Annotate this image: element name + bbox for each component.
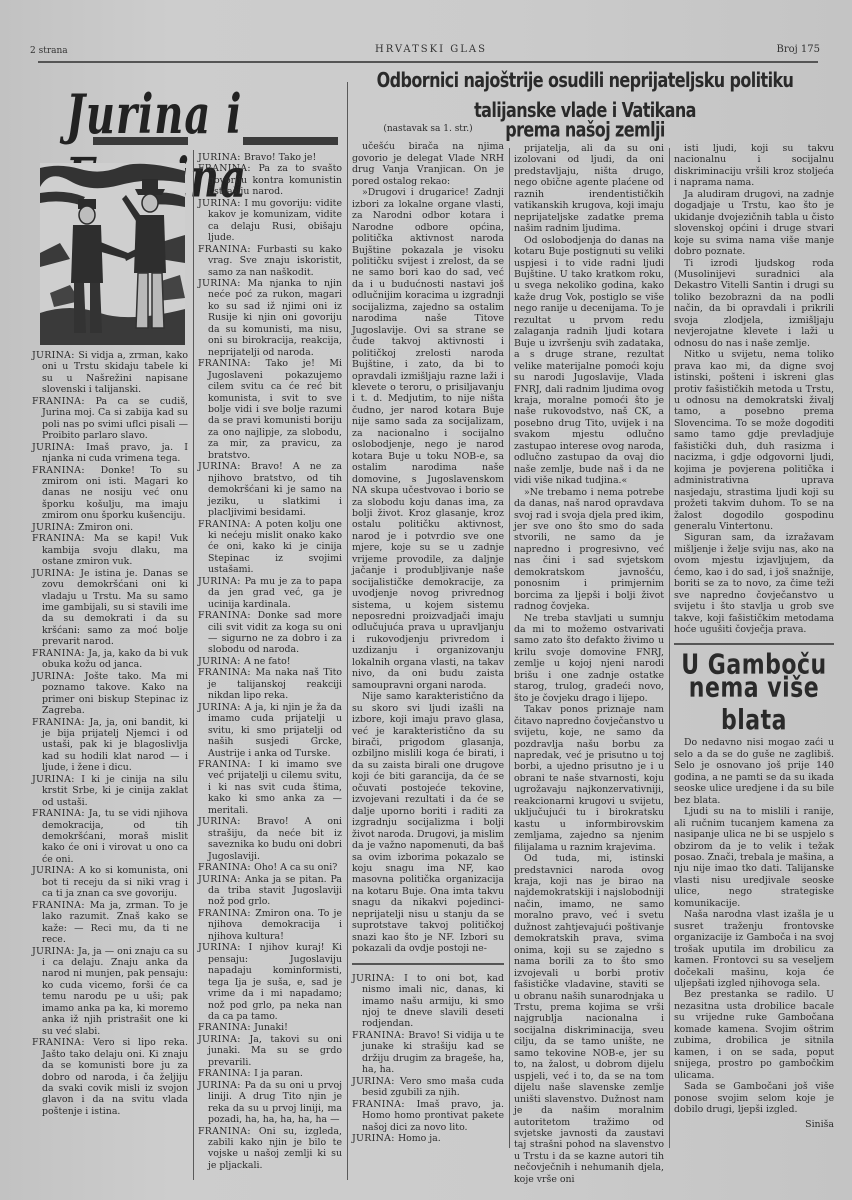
paragraph: Do nedavno nisi mogao zaći u selo a da s… bbox=[674, 737, 834, 806]
speaker-name: JURINA: bbox=[198, 461, 251, 472]
dialogue-text: Junaki! bbox=[254, 1022, 288, 1033]
speaker-name: JURINA: bbox=[32, 350, 78, 361]
speaker-name: FRANINA: bbox=[32, 1037, 93, 1048]
speaker-name: JURINA: bbox=[198, 1080, 245, 1091]
dialogue-line: JURINA: Homo ja. bbox=[352, 1133, 504, 1144]
dialogue-line: JURINA: A ja, ki njin je ža da imamo cud… bbox=[198, 702, 342, 759]
speaker-name: FRANINA: bbox=[32, 533, 94, 544]
paragraph: Ti izrodi ljudskog roda (Musolinijevi su… bbox=[674, 258, 834, 350]
speaker-name: FRANINA: bbox=[32, 900, 90, 911]
speaker-name: JURINA: bbox=[198, 1034, 250, 1045]
paragraph: Nije samo karakteristično da su skoro sv… bbox=[352, 691, 504, 954]
comic-column-2: JURINA: Bravo! Tako je!FRANINA: Pa za to… bbox=[198, 152, 342, 1171]
paragraph: Sada se Gambočani još više ponose svojim… bbox=[674, 1081, 834, 1115]
speaker-name: FRANINA: bbox=[198, 908, 255, 919]
dialogue-text: Tako je! Mi Jugoslaveni pokazujemo cilem… bbox=[208, 358, 342, 461]
speaker-name: JURINA: bbox=[32, 946, 78, 957]
speaker-name: JURINA: bbox=[198, 198, 244, 209]
dialogue-line: FRANINA: Furbasti su kako vrag. Sve znaj… bbox=[198, 244, 342, 278]
speaker-name: JURINA: bbox=[198, 942, 248, 953]
column-rule bbox=[193, 150, 194, 1180]
dialogue-line: JURINA: Ja, takovi su oni junaki. Ma su … bbox=[198, 1034, 342, 1068]
speaker-name: FRANINA: bbox=[32, 717, 90, 728]
section-divider bbox=[352, 963, 504, 965]
speaker-name: JURINA: bbox=[198, 278, 248, 289]
dialogue-text: Bravo! Tako je! bbox=[244, 152, 316, 163]
speaker-name: JURINA: bbox=[32, 671, 85, 682]
woodcut-illustration bbox=[40, 163, 185, 345]
dialogue-line: FRANINA: Junaki! bbox=[198, 1022, 342, 1033]
dialogue-line: JURINA: I ki je cinija na silu krstit Sr… bbox=[32, 774, 188, 808]
dialogue-line: FRANINA: Ma naka naš Tito je talijanskoj… bbox=[198, 667, 342, 701]
column-rule bbox=[509, 148, 510, 1148]
paragraph: Ja aludiram drugovi, na zadnje dogadjaje… bbox=[674, 189, 834, 258]
speaker-name: FRANINA: bbox=[198, 667, 256, 678]
speaker-name: FRANINA: bbox=[32, 465, 101, 476]
paragraph: Nitko u svijetu, nema toliko prava kao m… bbox=[674, 349, 834, 532]
speaker-name: FRANINA: bbox=[198, 163, 258, 174]
dialogue-text: I ja paran. bbox=[254, 1068, 303, 1079]
speaker-name: FRANINA: bbox=[32, 396, 96, 407]
speaker-name: JURINA: bbox=[198, 874, 245, 885]
paragraph: isti ljudi, koji su takvu nacionalnu i s… bbox=[674, 143, 834, 189]
comic-banner: Jurina i Franina bbox=[38, 75, 338, 145]
speaker-name: FRANINA: bbox=[198, 759, 259, 770]
author-signature: Siniša bbox=[674, 1119, 834, 1130]
speaker-name: JURINA: bbox=[352, 1076, 400, 1087]
dialogue-text: Zmiron oni. bbox=[78, 522, 133, 533]
paragraph: Takav ponos priznaje nam čitavo napredno… bbox=[514, 704, 664, 853]
dialogue-line: JURINA: Ma njanka to njin neće poć za ru… bbox=[198, 278, 342, 358]
dialogue-line: JURINA: Si vidja a, zrman, kako oni u Tr… bbox=[32, 350, 188, 396]
dialogue-line: FRANINA: Vero si lipo reka. Jašto tako d… bbox=[32, 1037, 188, 1117]
speaker-name: JURINA: bbox=[32, 774, 81, 785]
dialogue-line: JURINA: Imaš pravo, ja. I njanka ni cuda… bbox=[32, 442, 188, 465]
title-underline-right bbox=[243, 137, 338, 145]
speaker-name: JURINA: bbox=[198, 816, 257, 827]
dialogue-text: Je istina je. Danas se zovu demokršćani … bbox=[42, 568, 188, 648]
dialogue-line: FRANINA: Oni su, izgleda, zabili kako nj… bbox=[198, 1126, 342, 1172]
speaker-name: FRANINA: bbox=[198, 862, 254, 873]
speaker-name: FRANINA: bbox=[198, 519, 255, 530]
newspaper-name: HRVATSKI GLAS bbox=[375, 44, 487, 55]
paragraph: »Drugovi i drugarice! Zadnji izbori za l… bbox=[352, 187, 504, 691]
dialogue-line: FRANINA: I ja paran. bbox=[198, 1068, 342, 1079]
dialogue-text: Homo ja. bbox=[398, 1133, 441, 1144]
dialogue-line: FRANINA: I ki imamo sve već prijatelji u… bbox=[198, 759, 342, 816]
speaker-name: JURINA: bbox=[32, 442, 86, 453]
dialogue-line: JURINA: A ne fato! bbox=[198, 656, 342, 667]
header-rule bbox=[38, 61, 818, 63]
dialogue-text: Vero si lipo reka. Jašto tako delaju oni… bbox=[42, 1037, 188, 1117]
dialogue-line: JURINA: Anka ja se pitan. Pa da triba st… bbox=[198, 874, 342, 908]
dialogue-text: Ja, ja — oni znaju ca su i ca delaju. Zn… bbox=[42, 946, 188, 1037]
page-header: 2 strana HRVATSKI GLAS Broj 175 bbox=[30, 42, 820, 58]
speaker-name: JURINA: bbox=[352, 1133, 398, 1144]
dialogue-text: Oho! A ca su oni? bbox=[254, 862, 337, 873]
speaker-name: JURINA: bbox=[198, 576, 245, 587]
dialogue-line: JURINA: Zmiron oni. bbox=[32, 522, 188, 533]
side-headline-line-2: nema više blata bbox=[674, 673, 834, 738]
dialogue-line: JURINA: Pa da su oni u prvoj liniji. A d… bbox=[198, 1080, 342, 1126]
speaker-name: FRANINA: bbox=[198, 358, 266, 369]
page-number: 2 strana bbox=[30, 46, 68, 56]
dialogue-line: FRANINA: Ja, ja, kako da bi vuk obuka ko… bbox=[32, 648, 188, 671]
newspaper-page: 2 strana HRVATSKI GLAS Broj 175 Jurina i… bbox=[0, 0, 852, 1200]
dialogue-line: JURINA: I njihov kuraj! Ki pensaju: Jugo… bbox=[198, 942, 342, 1022]
dialogue-line: JURINA: Bravo! A ne za njihovo bratstvo,… bbox=[198, 461, 342, 518]
article-column-2: prijatelja, ali da su oni izolovani od l… bbox=[514, 143, 664, 1185]
dialogue-line: FRANINA: Pa ca se cudiš, Jurina moj. Ca … bbox=[32, 396, 188, 442]
dialogue-line: FRANINA: Tako je! Mi Jugoslaveni pokazuj… bbox=[198, 358, 342, 461]
paragraph: Siguran sam, da izražavam mišljenje i že… bbox=[674, 532, 834, 635]
two-men-talking-icon bbox=[40, 163, 185, 345]
speaker-name: FRANINA: bbox=[32, 648, 88, 659]
article-column-1: (nastavak sa 1. str.) učešću birača na n… bbox=[352, 124, 504, 1144]
speaker-name: FRANINA: bbox=[198, 1126, 259, 1137]
dialogue-line: JURINA: Je istina je. Danas se zovu demo… bbox=[32, 568, 188, 648]
dialogue-line: FRANINA: Pa za to svašto govoriju kontra… bbox=[198, 163, 342, 197]
paragraph: prijatelja, ali da su oni izolovani od l… bbox=[514, 143, 664, 235]
issue-number: Broj 175 bbox=[776, 44, 820, 55]
paragraph: Bez prestanka se radilo. U nezasitna ust… bbox=[674, 989, 834, 1081]
speaker-name: JURINA: bbox=[32, 568, 80, 579]
dialogue-line: FRANINA: Ma ja, zrman. To je lako razumi… bbox=[32, 900, 188, 946]
article-column-3: isti ljudi, koji su takvu nacionalnu i s… bbox=[674, 143, 834, 1131]
speaker-name: JURINA: bbox=[352, 973, 404, 984]
speaker-name: FRANINA: bbox=[32, 808, 89, 819]
dialogue-line: JURINA: Vero smo maša cuda besid zgubili… bbox=[352, 1076, 504, 1099]
dialogue-line: FRANINA: A poten kolju one ki nećeju mis… bbox=[198, 519, 342, 576]
dialogue-line: FRANINA: Ma se kapi! Vuk kambija svoju d… bbox=[32, 533, 188, 567]
dialogue-line: FRANINA: Donke! To su zmirom oni isti. M… bbox=[32, 465, 188, 522]
column-rule bbox=[669, 148, 670, 1148]
speaker-name: JURINA: bbox=[198, 702, 245, 713]
paragraph: Naša narodna vlast izašla je u susret tr… bbox=[674, 909, 834, 989]
dialogue-line: FRANINA: Ja, tu se vidi njihova demokrac… bbox=[32, 808, 188, 865]
dialogue-line: FRANINA: Zmiron ona. To je njihova demok… bbox=[198, 908, 342, 942]
dialogue-text: Ma njanka to njin neće poć za rukon, mag… bbox=[208, 278, 342, 358]
speaker-name: FRANINA: bbox=[352, 1030, 408, 1041]
dialogue-line: JURINA: I mu govoriju: vidite kakov je k… bbox=[198, 198, 342, 244]
paragraph: Od oslobodjenja do danas na kotaru Buje … bbox=[514, 235, 664, 487]
dialogue-line: JURINA: I to oni bot, kad nismo imali ni… bbox=[352, 973, 504, 1030]
dialogue-line: FRANINA: Donke sad more cili svit vidit … bbox=[198, 610, 342, 656]
paragraph: Ljudi su na to mislili i ranije, ali ruč… bbox=[674, 806, 834, 909]
paragraph: Od tuda, mi, istinski predstavnici narod… bbox=[514, 853, 664, 1185]
dialogue-line: JURINA: Ja, ja — oni znaju ca su i ca de… bbox=[32, 946, 188, 1038]
dialogue-line: JURINA: A ko si komunista, oni bot ti re… bbox=[32, 865, 188, 899]
speaker-name: JURINA: bbox=[32, 865, 79, 876]
speaker-name: FRANINA: bbox=[198, 1022, 254, 1033]
speaker-name: FRANINA: bbox=[198, 610, 258, 621]
dialogue-text: A ne fato! bbox=[244, 656, 291, 667]
speaker-name: FRANINA: bbox=[198, 244, 257, 255]
dialogue-line: FRANINA: Ja, ja, oni bandit, ki je bija … bbox=[32, 717, 188, 774]
comic-column-1: JURINA: Si vidja a, zrman, kako oni u Tr… bbox=[32, 350, 188, 1117]
dialogue-line: JURINA: Bravo! A oni strašiju, da neće b… bbox=[198, 816, 342, 862]
dialogue-line: JURINA: Pa mu je za to papa da jen grad … bbox=[198, 576, 342, 610]
speaker-name: JURINA: bbox=[198, 656, 244, 667]
dialogue-line: FRANINA: Bravo! Si vidija u te junake ki… bbox=[352, 1030, 504, 1076]
dialogue-line: FRANINA: Oho! A ca su oni? bbox=[198, 862, 342, 873]
dialogue-line: JURINA: Jošte tako. Ma mi poznamo takove… bbox=[32, 671, 188, 717]
paragraph: učešću birača na njima govorio je delega… bbox=[352, 141, 504, 187]
speaker-name: JURINA: bbox=[32, 522, 78, 533]
paragraph: »Ne trebamo i nema potrebe da danas, naš… bbox=[514, 487, 664, 613]
dialogue-line: JURINA: Bravo! Tako je! bbox=[198, 152, 342, 163]
speaker-name: JURINA: bbox=[198, 152, 244, 163]
continued-note: (nastavak sa 1. str.) bbox=[352, 124, 504, 135]
dialogue-text: I njihov kuraj! Ki pensaju: Jugoslaviju … bbox=[208, 942, 342, 1022]
dialogue-line: FRANINA: Imaš pravo, ja. Homo homo pront… bbox=[352, 1099, 504, 1133]
paragraph: Ne treba stavljati u sumnju da mi to mož… bbox=[514, 613, 664, 705]
speaker-name: FRANINA: bbox=[198, 1068, 254, 1079]
speaker-name: FRANINA: bbox=[352, 1099, 417, 1110]
column-rule bbox=[347, 82, 348, 1180]
section-divider bbox=[674, 643, 834, 645]
side-article-headline: U Gamboču nema više blata bbox=[674, 653, 834, 731]
title-underline-left bbox=[93, 137, 188, 145]
